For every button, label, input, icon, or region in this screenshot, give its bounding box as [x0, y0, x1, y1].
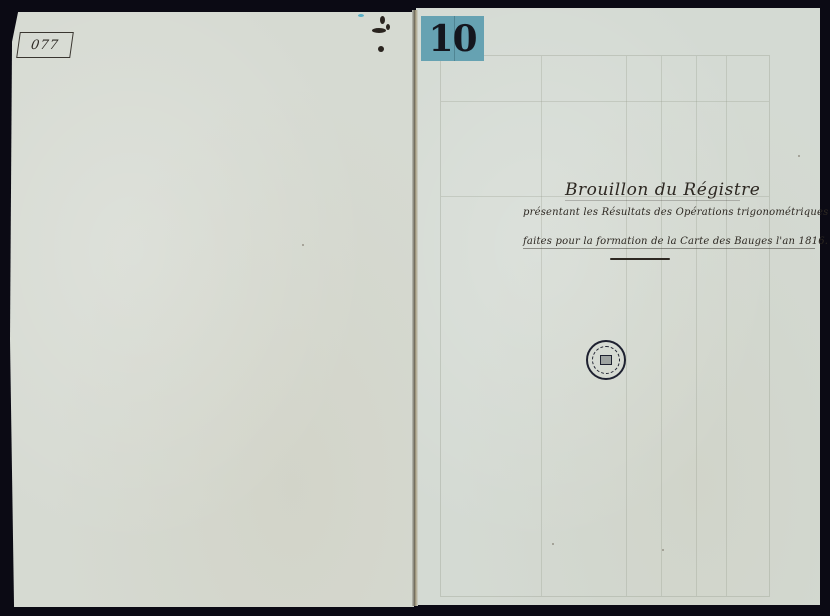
folio-number-label: 10 — [421, 16, 484, 61]
ink-blot — [368, 14, 396, 56]
archive-stamp-icon — [586, 340, 626, 380]
left-page — [10, 12, 414, 607]
faint-ruled-table — [440, 55, 770, 597]
paper-speck — [552, 543, 554, 545]
title-heading: Brouillon du Régistre — [565, 180, 760, 200]
document-spread: 077 10 Brouillon du Régistre présentant … — [0, 0, 830, 616]
subline-underline — [523, 248, 815, 249]
paper-speck — [798, 155, 800, 157]
title-subline-1: présentant les Résultats des Opérations … — [523, 207, 828, 218]
heading-underline — [565, 200, 740, 201]
shelfmark-label: 077 — [16, 32, 74, 58]
title-subline-2: faites pour la formation de la Carte des… — [523, 236, 828, 247]
paper-speck — [302, 244, 304, 246]
paper-speck — [662, 549, 664, 551]
ink-flourish — [610, 258, 670, 260]
binding-gutter — [412, 10, 418, 606]
stamp-shield-icon — [600, 355, 612, 365]
